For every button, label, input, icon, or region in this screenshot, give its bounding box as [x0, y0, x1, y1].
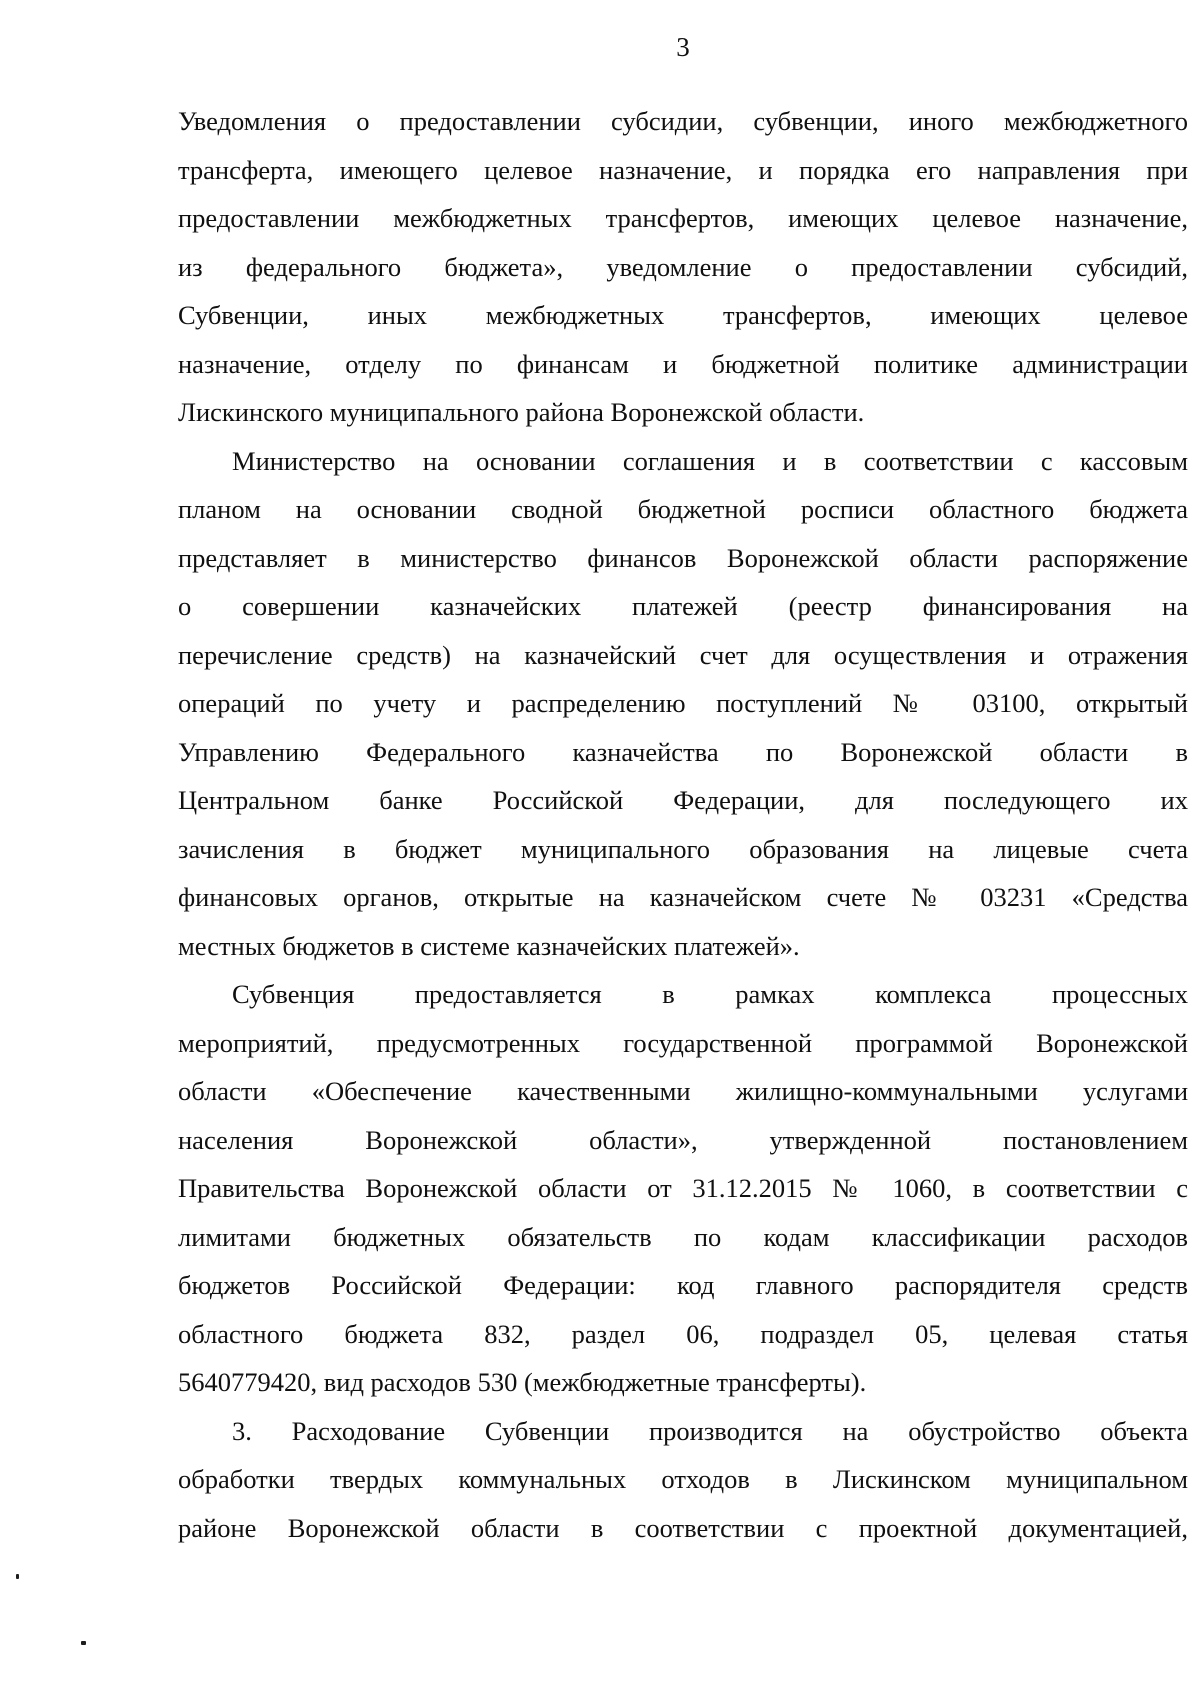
paragraph-2-line-9: зачисления в бюджет муниципального образ… [178, 825, 1188, 874]
paragraph-2-line-4: о совершении казначейских платежей (реес… [178, 582, 1188, 631]
page-number: 3 [178, 32, 1188, 63]
paragraph-3-line-5: Правительства Воронежской области от 31.… [178, 1164, 1188, 1213]
paragraph-1-line-4: из федерального бюджета», уведомление о … [178, 243, 1188, 292]
paragraph-3-line-9: 5640779420, вид расходов 530 (межбюджетн… [178, 1358, 1188, 1407]
paragraph-1-line-3: предоставлении межбюджетных трансфертов,… [178, 194, 1188, 243]
paragraph-3-line-6: лимитами бюджетных обязательств по кодам… [178, 1213, 1188, 1262]
paragraph-3-line-7: бюджетов Российской Федерации: код главн… [178, 1261, 1188, 1310]
paragraph-1-line-6: назначение, отделу по финансам и бюджетн… [178, 340, 1188, 389]
paragraph-2-line-8: Центральном банке Российской Федерации, … [178, 776, 1188, 825]
scan-speck [16, 1574, 19, 1579]
paragraph-3-line-1: Субвенция предоставляется в рамках компл… [178, 970, 1188, 1019]
document-body: Уведомления о предоставлении субсидии, с… [178, 97, 1188, 1552]
paragraph-4-line-3: районе Воронежской области в соответстви… [178, 1504, 1188, 1553]
paragraph-3-line-2: мероприятий, предусмотренных государстве… [178, 1019, 1188, 1068]
paragraph-2-line-5: перечисление средств) на казначейский сч… [178, 631, 1188, 680]
document-page: 3 Уведомления о предоставлении субсидии,… [0, 0, 1200, 1704]
paragraph-4-line-1: 3. Расходование Субвенции производится н… [178, 1407, 1188, 1456]
paragraph-2-line-1: Министерство на основании соглашения и в… [178, 437, 1188, 486]
paragraph-2-line-3: представляет в министерство финансов Вор… [178, 534, 1188, 583]
paragraph-4-line-2: обработки твердых коммунальных отходов в… [178, 1455, 1188, 1504]
paragraph-2-line-6: операций по учету и распределению поступ… [178, 679, 1188, 728]
paragraph-1-line-7: Лискинского муниципального района Вороне… [178, 388, 1188, 437]
paragraph-2-line-11: местных бюджетов в системе казначейских … [178, 922, 1188, 971]
paragraph-1-line-1: Уведомления о предоставлении субсидии, с… [178, 97, 1188, 146]
paragraph-1-line-2: трансферта, имеющего целевое назначение,… [178, 146, 1188, 195]
paragraph-2-line-2: планом на основании сводной бюджетной ро… [178, 485, 1188, 534]
paragraph-3-line-4: населения Воронежской области», утвержде… [178, 1116, 1188, 1165]
paragraph-2-line-10: финансовых органов, открытые на казначей… [178, 873, 1188, 922]
paragraph-1-line-5: Субвенции, иных межбюджетных трансфертов… [178, 291, 1188, 340]
paragraph-3-line-3: области «Обеспечение качественными жилищ… [178, 1067, 1188, 1116]
scan-speck [81, 1641, 86, 1645]
paragraph-2-line-7: Управлению Федерального казначейства по … [178, 728, 1188, 777]
paragraph-3-line-8: областного бюджета 832, раздел 06, подра… [178, 1310, 1188, 1359]
